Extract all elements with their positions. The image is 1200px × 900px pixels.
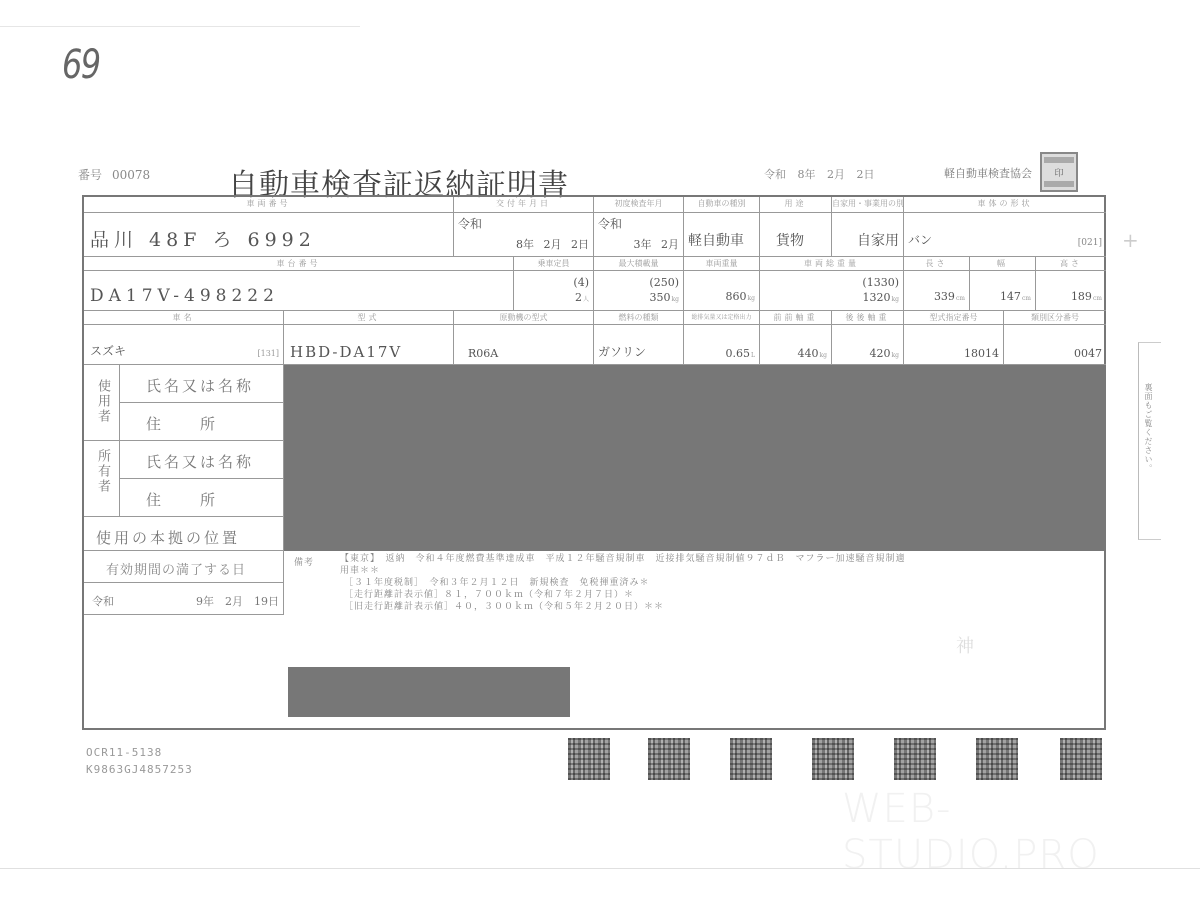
height-cell: 189cm <box>1036 271 1106 311</box>
side-note: 裏面もご覧ください。 <box>1138 342 1161 540</box>
maker: スズキ <box>90 342 126 359</box>
header-type-designation: 型式指定番号 <box>904 311 1004 325</box>
gross-weight-value: 1320 <box>863 291 891 304</box>
remarks-line: ［旧走行距離計表示値］４０，３００ｋｍ（令和５年２月２０日）＊＊ <box>340 601 1100 613</box>
header-chassis: 車台番号 <box>84 257 514 271</box>
kg-unit: kg <box>820 352 827 359</box>
header-width: 幅 <box>970 257 1036 271</box>
expiry-label-cell: 有効期間の満了する日 <box>84 551 284 583</box>
faint-seal: 神 <box>956 632 974 658</box>
chassis-number: DA17V-498222 <box>90 286 279 306</box>
header-category: 類別区分番号 <box>1004 311 1106 325</box>
capacity-paren: (4) <box>514 275 589 290</box>
qr-code-icon <box>976 738 1018 780</box>
header-vehicle-type: 自動車の種別 <box>684 197 760 213</box>
cm-unit: cm <box>1022 295 1031 302</box>
kg-unit: kg <box>892 296 899 303</box>
displacement-value: 0.65 <box>726 347 751 360</box>
official-seal-icon: 印 <box>1040 152 1078 192</box>
header-issue-date: 交付年月日 <box>454 197 594 213</box>
body-shape-code: [021] <box>1078 238 1102 248</box>
cm-unit: cm <box>1093 295 1102 302</box>
header-use-type: 自家用・事業用の別 <box>832 197 904 213</box>
front-axle-cell: 440kg <box>760 325 832 365</box>
header-weight: 車両重量 <box>684 257 760 271</box>
use-type: 自家用 <box>857 230 899 250</box>
engine-cell: R06A <box>454 325 594 365</box>
header-model: 型式 <box>284 311 454 325</box>
rear-axle-cell: 420kg <box>832 325 904 365</box>
serial-value: 00078 <box>112 168 150 182</box>
certificate-form: 車両番号 交付年月日 初度検査年月 自動車の種別 用途 自家用・事業用の別 車体… <box>82 195 1106 730</box>
serial-label: 番号 <box>78 168 102 182</box>
capacity-cell: (4) 2人 <box>514 271 594 311</box>
ocr-line-2: K9863GJ4857253 <box>86 761 193 778</box>
vehicle-type: 軽自動車 <box>688 230 744 250</box>
header-engine: 原動機の型式 <box>454 311 594 325</box>
header-fuel: 燃料の種類 <box>594 311 684 325</box>
remarks-line: 用車＊＊ <box>340 565 1100 577</box>
max-load-paren: (250) <box>594 275 679 290</box>
engine: R06A <box>468 347 498 360</box>
remarks-line: 【東京】 返納 令和４年度燃費基準達成車 平成１２年騒音規制車 近接排気騒音規制… <box>340 553 1100 565</box>
handwritten-note: 69 <box>62 42 100 88</box>
fuel-cell: ガソリン <box>594 325 684 365</box>
remarks-label: 備考 <box>294 557 314 569</box>
qr-code-icon <box>730 738 772 780</box>
page-edge <box>0 868 1200 869</box>
length-cell: 339cm <box>904 271 970 311</box>
header-max-load: 最大積載量 <box>594 257 684 271</box>
maker-cell: スズキ [131] <box>84 325 284 365</box>
user-label: 使用者 <box>93 379 112 424</box>
body-shape: バン <box>908 231 932 248</box>
header-gross-weight: 車両総重量 <box>760 257 904 271</box>
qr-code-icon <box>648 738 690 780</box>
cm-unit: cm <box>956 295 965 302</box>
header-capacity: 乗車定員 <box>514 257 594 271</box>
header-height: 高さ <box>1036 257 1106 271</box>
front-axle-value: 440 <box>798 347 819 360</box>
type-designation-cell: 18014 <box>904 325 1004 365</box>
width-cell: 147cm <box>970 271 1036 311</box>
body-shape-cell: バン [021] <box>904 213 1106 257</box>
fuel: ガソリン <box>598 343 646 360</box>
model-cell: HBD-DA17V <box>284 325 454 365</box>
vehicle-type-cell: 軽自動車 <box>684 213 760 257</box>
height-value: 189 <box>1071 290 1092 303</box>
maker-code: [131] <box>257 349 279 358</box>
use-type-cell: 自家用 <box>832 213 904 257</box>
category-cell: 0047 <box>1004 325 1106 365</box>
expiry-value-cell: 令和 9年 2月 19日 <box>84 583 284 615</box>
weight-value: 860 <box>726 290 747 303</box>
expiry-date: 9年 2月 19日 <box>196 593 279 609</box>
issue-date-cell: 令和 8年 2月 2日 <box>454 213 594 257</box>
redacted-personal-info <box>284 365 1106 551</box>
owner-side-cell: 所有者 <box>84 441 120 517</box>
issue-date-era: 令和 <box>458 215 482 232</box>
owner-label: 所有者 <box>93 449 112 494</box>
header-maker: 車名 <box>84 311 284 325</box>
qr-code-icon <box>1060 738 1102 780</box>
width-value: 147 <box>1000 290 1021 303</box>
capacity-value: 2 <box>575 291 582 304</box>
header-displacement: 総排気量又は定格出力 <box>684 311 760 325</box>
type-designation-value: 18014 <box>964 347 999 360</box>
gross-weight-paren: (1330) <box>760 275 899 290</box>
kg-unit: kg <box>748 295 755 302</box>
ocr-code: OCR11-5138 K9863GJ4857253 <box>86 744 193 778</box>
location-label: 使用の本拠の位置 <box>84 517 284 551</box>
remarks-body: 【東京】 返納 令和４年度燃費基準達成車 平成１２年騒音規制車 近接排気騒音規制… <box>340 553 1100 613</box>
qr-code-icon <box>812 738 854 780</box>
owner-name-label: 氏名又は名称 <box>120 441 284 479</box>
header-purpose: 用途 <box>760 197 832 213</box>
capacity-unit: 人 <box>583 296 589 303</box>
page-edge <box>0 26 360 27</box>
first-reg-cell: 令和 3年 2月 <box>594 213 684 257</box>
liter-unit: L <box>751 352 755 359</box>
remarks-line: ［走行距離計表示値］８１，７００ｋｍ（令和７年２月７日）＊ <box>340 589 1100 601</box>
max-load-value: 350 <box>650 291 671 304</box>
registration-mark: + <box>1122 228 1139 252</box>
max-load-cell: (250) 350kg <box>594 271 684 311</box>
remarks-line: ［３１年度税制］ 令和３年２月１２日 新規検査 免税揮重済み＊ <box>340 577 1100 589</box>
header-length: 長さ <box>904 257 970 271</box>
chassis-cell: DA17V-498222 <box>84 271 514 311</box>
header-rear-axle: 後後軸重 <box>832 311 904 325</box>
seal-text: 印 <box>1054 166 1063 179</box>
purpose: 貨物 <box>776 230 804 250</box>
issue-date-value: 8年 2月 2日 <box>516 236 589 252</box>
length-value: 339 <box>934 290 955 303</box>
kg-unit: kg <box>892 352 899 359</box>
header-body-shape: 車体の形状 <box>904 197 1106 213</box>
redacted-field <box>288 667 570 717</box>
registration-number: 品川 48F ろ 6992 <box>90 225 316 252</box>
qr-code-icon <box>894 738 936 780</box>
serial-number: 番号00078 <box>78 166 150 183</box>
user-name-label: 氏名又は名称 <box>120 365 284 403</box>
kg-unit: kg <box>672 296 679 303</box>
user-address-label: 住 所 <box>120 403 284 441</box>
weight-cell: 860kg <box>684 271 760 311</box>
ocr-line-1: OCR11-5138 <box>86 744 193 761</box>
expiry-era: 令和 <box>92 593 114 609</box>
rear-axle-value: 420 <box>870 347 891 360</box>
qr-code-icon <box>568 738 610 780</box>
first-reg-era: 令和 <box>598 215 622 232</box>
issuing-office: 軽自動車検査協会 <box>944 165 1032 181</box>
header-registration: 車両番号 <box>84 197 454 213</box>
category-value: 0047 <box>1074 347 1102 360</box>
first-reg-value: 3年 2月 <box>634 236 680 252</box>
displacement-cell: 0.65L <box>684 325 760 365</box>
issue-date: 令和 8年 2月 2日 <box>764 166 875 182</box>
gross-weight-cell: (1330) 1320kg <box>760 271 904 311</box>
header-first-reg: 初度検査年月 <box>594 197 684 213</box>
watermark: WEB-STUDIO.PRO <box>842 786 1200 878</box>
header-front-axle: 前前軸重 <box>760 311 832 325</box>
registration-cell: 品川 48F ろ 6992 <box>84 213 454 257</box>
expiry-label: 有効期間の満了する日 <box>106 559 246 578</box>
purpose-cell: 貨物 <box>760 213 832 257</box>
side-note-text: 裏面もご覧ください。 <box>1143 383 1154 473</box>
user-side-cell: 使用者 <box>84 365 120 441</box>
owner-address-label: 住 所 <box>120 479 284 517</box>
model: HBD-DA17V <box>290 343 402 361</box>
